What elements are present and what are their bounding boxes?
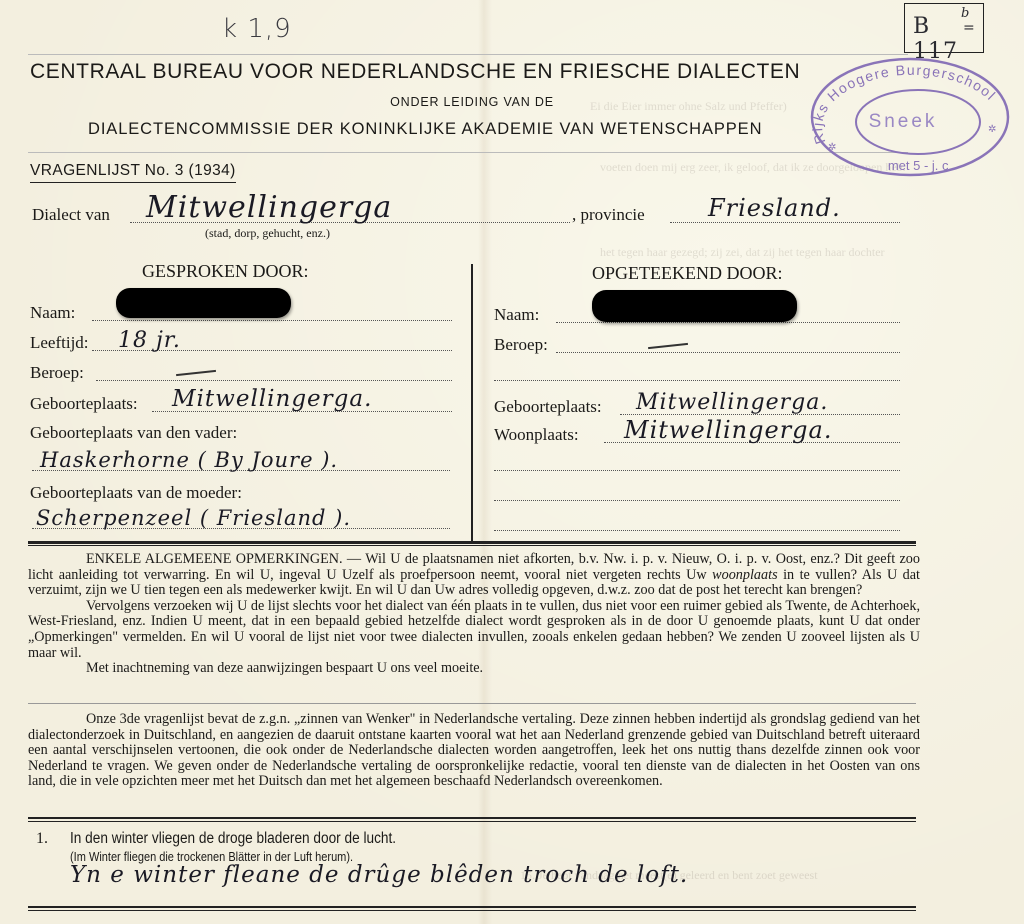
column-divider (471, 264, 473, 542)
speaker-birthplace-value[interactable]: Mitwellingerga. (172, 386, 372, 412)
general-remarks: ENKELE ALGEMEENE OPMERKINGEN. — Wil U de… (28, 552, 920, 677)
section-divider (28, 817, 916, 819)
stamp-bottom-text: met 5 - j. c. (888, 158, 952, 173)
mother-birthplace-label: Geboorteplaats van de moeder: (30, 483, 242, 503)
svg-text:✲: ✲ (828, 142, 836, 153)
section-divider (28, 545, 916, 546)
question-dutch: In den winter vliegen de droge bladeren … (70, 830, 396, 848)
bleed-through-text: het tegen haar gezegd; zij zei, dat zij … (600, 245, 885, 260)
divider (28, 703, 916, 704)
recorder-occupation-dash[interactable] (648, 343, 688, 349)
recorder-birthplace-value[interactable]: Mitwellingerga. (636, 390, 828, 415)
dialect-value[interactable]: Mitwellingerga (146, 190, 392, 225)
recorder-name-dotted-line (556, 322, 900, 323)
document-title: CENTRAAL BUREAU VOOR NEDERLANDSCHE EN FR… (30, 60, 800, 84)
speaker-occupation-dash[interactable] (176, 370, 216, 376)
questionnaire-number: VRAGENLIJST No. 3 (1934) (30, 162, 236, 183)
father-birthplace-value[interactable]: Haskerhorne ( By Joure ). (40, 448, 338, 472)
blank-dotted-line (494, 500, 900, 501)
document-subtitle: ONDER LEIDING VAN DE (0, 95, 944, 109)
remarks-paragraph-1: ENKELE ALGEMEENE OPMERKINGEN. — Wil U de… (28, 552, 920, 599)
speaker-age-value[interactable]: 18 jr. (118, 328, 181, 353)
province-dotted-line (670, 222, 900, 223)
province-value[interactable]: Friesland. (708, 194, 841, 222)
remarks-paragraph-2: Vervolgens verzoeken wij U de lijst slec… (28, 599, 920, 661)
section-divider (28, 906, 916, 908)
question-answer[interactable]: Yn e winter fleane de drûge blêden troch… (70, 862, 688, 888)
committee-name: DIALECTENCOMMISSIE DER KONINKLIJKE AKADE… (88, 120, 762, 139)
recorded-by-heading: OPGETEEKEND DOOR: (592, 263, 783, 284)
remarks-paragraph-3: Met inachtneming van deze aanwijzingen b… (28, 661, 920, 677)
redacted-speaker-name (116, 288, 291, 318)
spoken-by-heading: GESPROKEN DOOR: (142, 261, 309, 282)
archive-code-box: B 117 b = (904, 3, 984, 53)
dialect-label: Dialect van (32, 205, 110, 225)
speaker-name-label: Naam: (30, 303, 75, 323)
father-birthplace-label: Geboorteplaats van den vader: (30, 423, 237, 443)
dialect-hint: (stad, dorp, gehucht, enz.) (205, 226, 330, 241)
mother-birthplace-value[interactable]: Scherpenzeel ( Friesland ). (36, 506, 351, 530)
svg-text:✲: ✲ (988, 124, 996, 135)
recorder-residence-value[interactable]: Mitwellingerga. (624, 416, 832, 444)
blank-dotted-line (494, 530, 900, 531)
blank-dotted-line (494, 470, 900, 471)
divider (28, 54, 908, 55)
speaker-name-dotted-line (92, 320, 452, 321)
speaker-occupation-label: Beroep: (30, 363, 84, 383)
recorder-birthplace-label: Geboorteplaats: (494, 397, 602, 417)
recorder-occupation-label: Beroep: (494, 335, 548, 355)
redacted-recorder-name (592, 290, 797, 322)
province-label: , provincie (572, 205, 645, 225)
section-divider (28, 821, 916, 822)
archive-code-sup: b (961, 6, 970, 21)
recorder-name-label: Naam: (494, 305, 539, 325)
speaker-age-label: Leeftijd: (30, 333, 89, 353)
speaker-birthplace-label: Geboorteplaats: (30, 394, 138, 414)
recorder-residence-label: Woonplaats: (494, 425, 579, 445)
school-stamp: Rijks Hoogere Burgerschool Sneek met 5 -… (808, 52, 1012, 182)
archive-code-mark: = (963, 20, 976, 36)
section-divider (28, 541, 916, 544)
top-note: k 1,9 (222, 14, 292, 44)
divider (28, 152, 908, 153)
recorder-occupation-dotted-line (556, 352, 900, 353)
stamp-center-text: Sneek (869, 111, 938, 132)
stamp-icon: Rijks Hoogere Burgerschool Sneek met 5 -… (808, 52, 1012, 182)
introduction: Onze 3de vragenlijst bevat de z.g.n. „zi… (28, 712, 920, 790)
speaker-occupation-dotted-line (96, 380, 452, 381)
blank-dotted-line (494, 380, 900, 381)
section-divider (28, 910, 916, 911)
introduction-text: Onze 3de vragenlijst bevat de z.g.n. „zi… (28, 712, 920, 790)
question-number: 1. (36, 830, 48, 848)
